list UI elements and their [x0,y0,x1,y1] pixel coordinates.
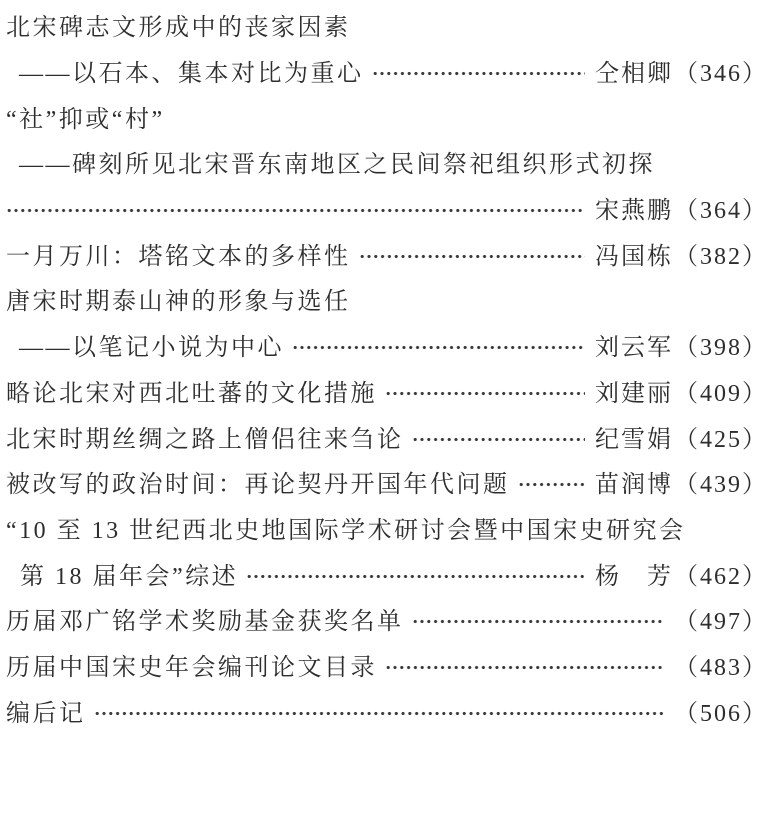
toc-entry-title: 历届中国宋史年会编刊论文目录 [6,647,377,682]
toc-entry-title: “10 至 13 世纪西北史地国际学术研讨会暨中国宋史研究会 [6,510,686,545]
toc-entry-page: （382） [674,244,768,270]
toc-entry-title: 略论北宋对西北吐蕃的文化措施 [6,373,377,408]
toc-row: 略论北宋对西北吐蕃的文化措施刘建丽（409） [6,368,768,414]
toc-row: “10 至 13 世纪西北史地国际学术研讨会暨中国宋史研究会 [6,505,768,551]
toc-row: 被改写的政治时间：再论契丹开国年代问题苗润博（439） [6,459,768,505]
toc-entry-ref: 刘云军（398） [595,327,768,362]
toc-entry-ref: 宋燕鹏（364） [595,190,768,225]
toc-entry-ref: （483） [674,647,768,682]
toc-row: 唐宋时期泰山神的形象与选任 [6,276,768,322]
toc-entry-author: 刘云军 [595,335,673,361]
dot-leader [95,711,665,716]
toc-entry-title: “社”抑或“村” [6,99,165,134]
dot-leader [519,482,586,487]
toc-row: ——以笔记小说为中心刘云军（398） [6,322,768,368]
toc-entry-page: （409） [674,381,768,407]
toc-row: “社”抑或“村” [6,93,768,139]
toc-row: 一月万川：塔铭文本的多样性冯国栋（382） [6,230,768,276]
dot-leader [386,391,585,396]
toc-entry-title: 北宋碑志文形成中的丧家因素 [6,7,351,42]
dot-leader [413,619,665,624]
toc-row: ——以石本、集本对比为重心仝相卿（346） [6,48,768,94]
toc-entry-title: 历届邓广铭学术奖励基金获奖名单 [6,601,404,636]
toc-row: 北宋碑志文形成中的丧家因素 [6,2,768,48]
toc-entry-page: （497） [674,609,768,635]
toc-entry-ref: 仝相卿（346） [595,53,768,88]
toc-row: 编后记（506） [6,687,768,733]
toc-page: 北宋碑志文形成中的丧家因素——以石本、集本对比为重心仝相卿（346）“社”抑或“… [0,0,776,823]
toc-row: 宋燕鹏（364） [6,185,768,231]
toc-entry-page: （364） [674,198,768,224]
toc-entry-title: ——碑刻所见北宋晋东南地区之民间祭祀组织形式初探 [19,144,655,179]
toc-entry-author: 冯国栋 [595,244,673,270]
toc-entry-title: 被改写的政治时间：再论契丹开国年代问题 [6,464,510,499]
toc-entry-title: 编后记 [6,693,86,728]
toc-entry-ref: 苗润博（439） [595,464,768,499]
toc-row: 第 18 届年会”综述杨 芳（462） [6,550,768,596]
toc-row: 历届中国宋史年会编刊论文目录（483） [6,642,768,688]
toc-entry-author: 苗润博 [595,472,673,498]
toc-entry-page: （425） [674,427,768,453]
toc-entry-page: （462） [674,564,768,590]
dot-leader [386,665,664,670]
toc-row: 历届邓广铭学术奖励基金获奖名单（497） [6,596,768,642]
toc-entry-author: 杨 芳 [595,564,673,590]
toc-entry-author: 纪雪娟 [595,427,673,453]
toc-entry-ref: （506） [674,693,768,728]
toc-entry-author: 宋燕鹏 [595,198,673,224]
toc-entry-ref: 杨 芳（462） [595,556,768,591]
dot-leader [373,71,586,76]
toc-entry-title: ——以笔记小说为中心 [19,327,284,362]
dot-leader [360,254,586,259]
toc-entry-page: （398） [674,335,768,361]
toc-row: 北宋时期丝绸之路上僧侣往来刍论纪雪娟（425） [6,413,768,459]
toc-entry-page: （483） [674,655,768,681]
toc-entry-title: 北宋时期丝绸之路上僧侣往来刍论 [6,419,404,454]
toc-entry-ref: 刘建丽（409） [595,373,768,408]
toc-entry-page: （346） [674,61,768,87]
dot-leader [7,208,585,213]
toc-entry-ref: 冯国栋（382） [595,236,768,271]
toc-entry-page: （506） [674,701,768,727]
toc-entry-title: ——以石本、集本对比为重心 [19,53,364,88]
toc-entry-title: 第 18 届年会”综述 [20,556,238,591]
toc-entry-title: 唐宋时期泰山神的形象与选任 [6,281,351,316]
dot-leader [413,437,586,442]
toc-entry-author: 仝相卿 [595,61,673,87]
toc-entry-page: （439） [674,472,768,498]
toc-entry-title: 一月万川：塔铭文本的多样性 [6,236,351,271]
toc-entry-author: 刘建丽 [595,381,673,407]
toc-entry-ref: （497） [674,601,768,636]
dot-leader [247,574,585,579]
toc-row: ——碑刻所见北宋晋东南地区之民间祭祀组织形式初探 [6,139,768,185]
toc-entry-ref: 纪雪娟（425） [595,419,768,454]
dot-leader [293,345,585,350]
